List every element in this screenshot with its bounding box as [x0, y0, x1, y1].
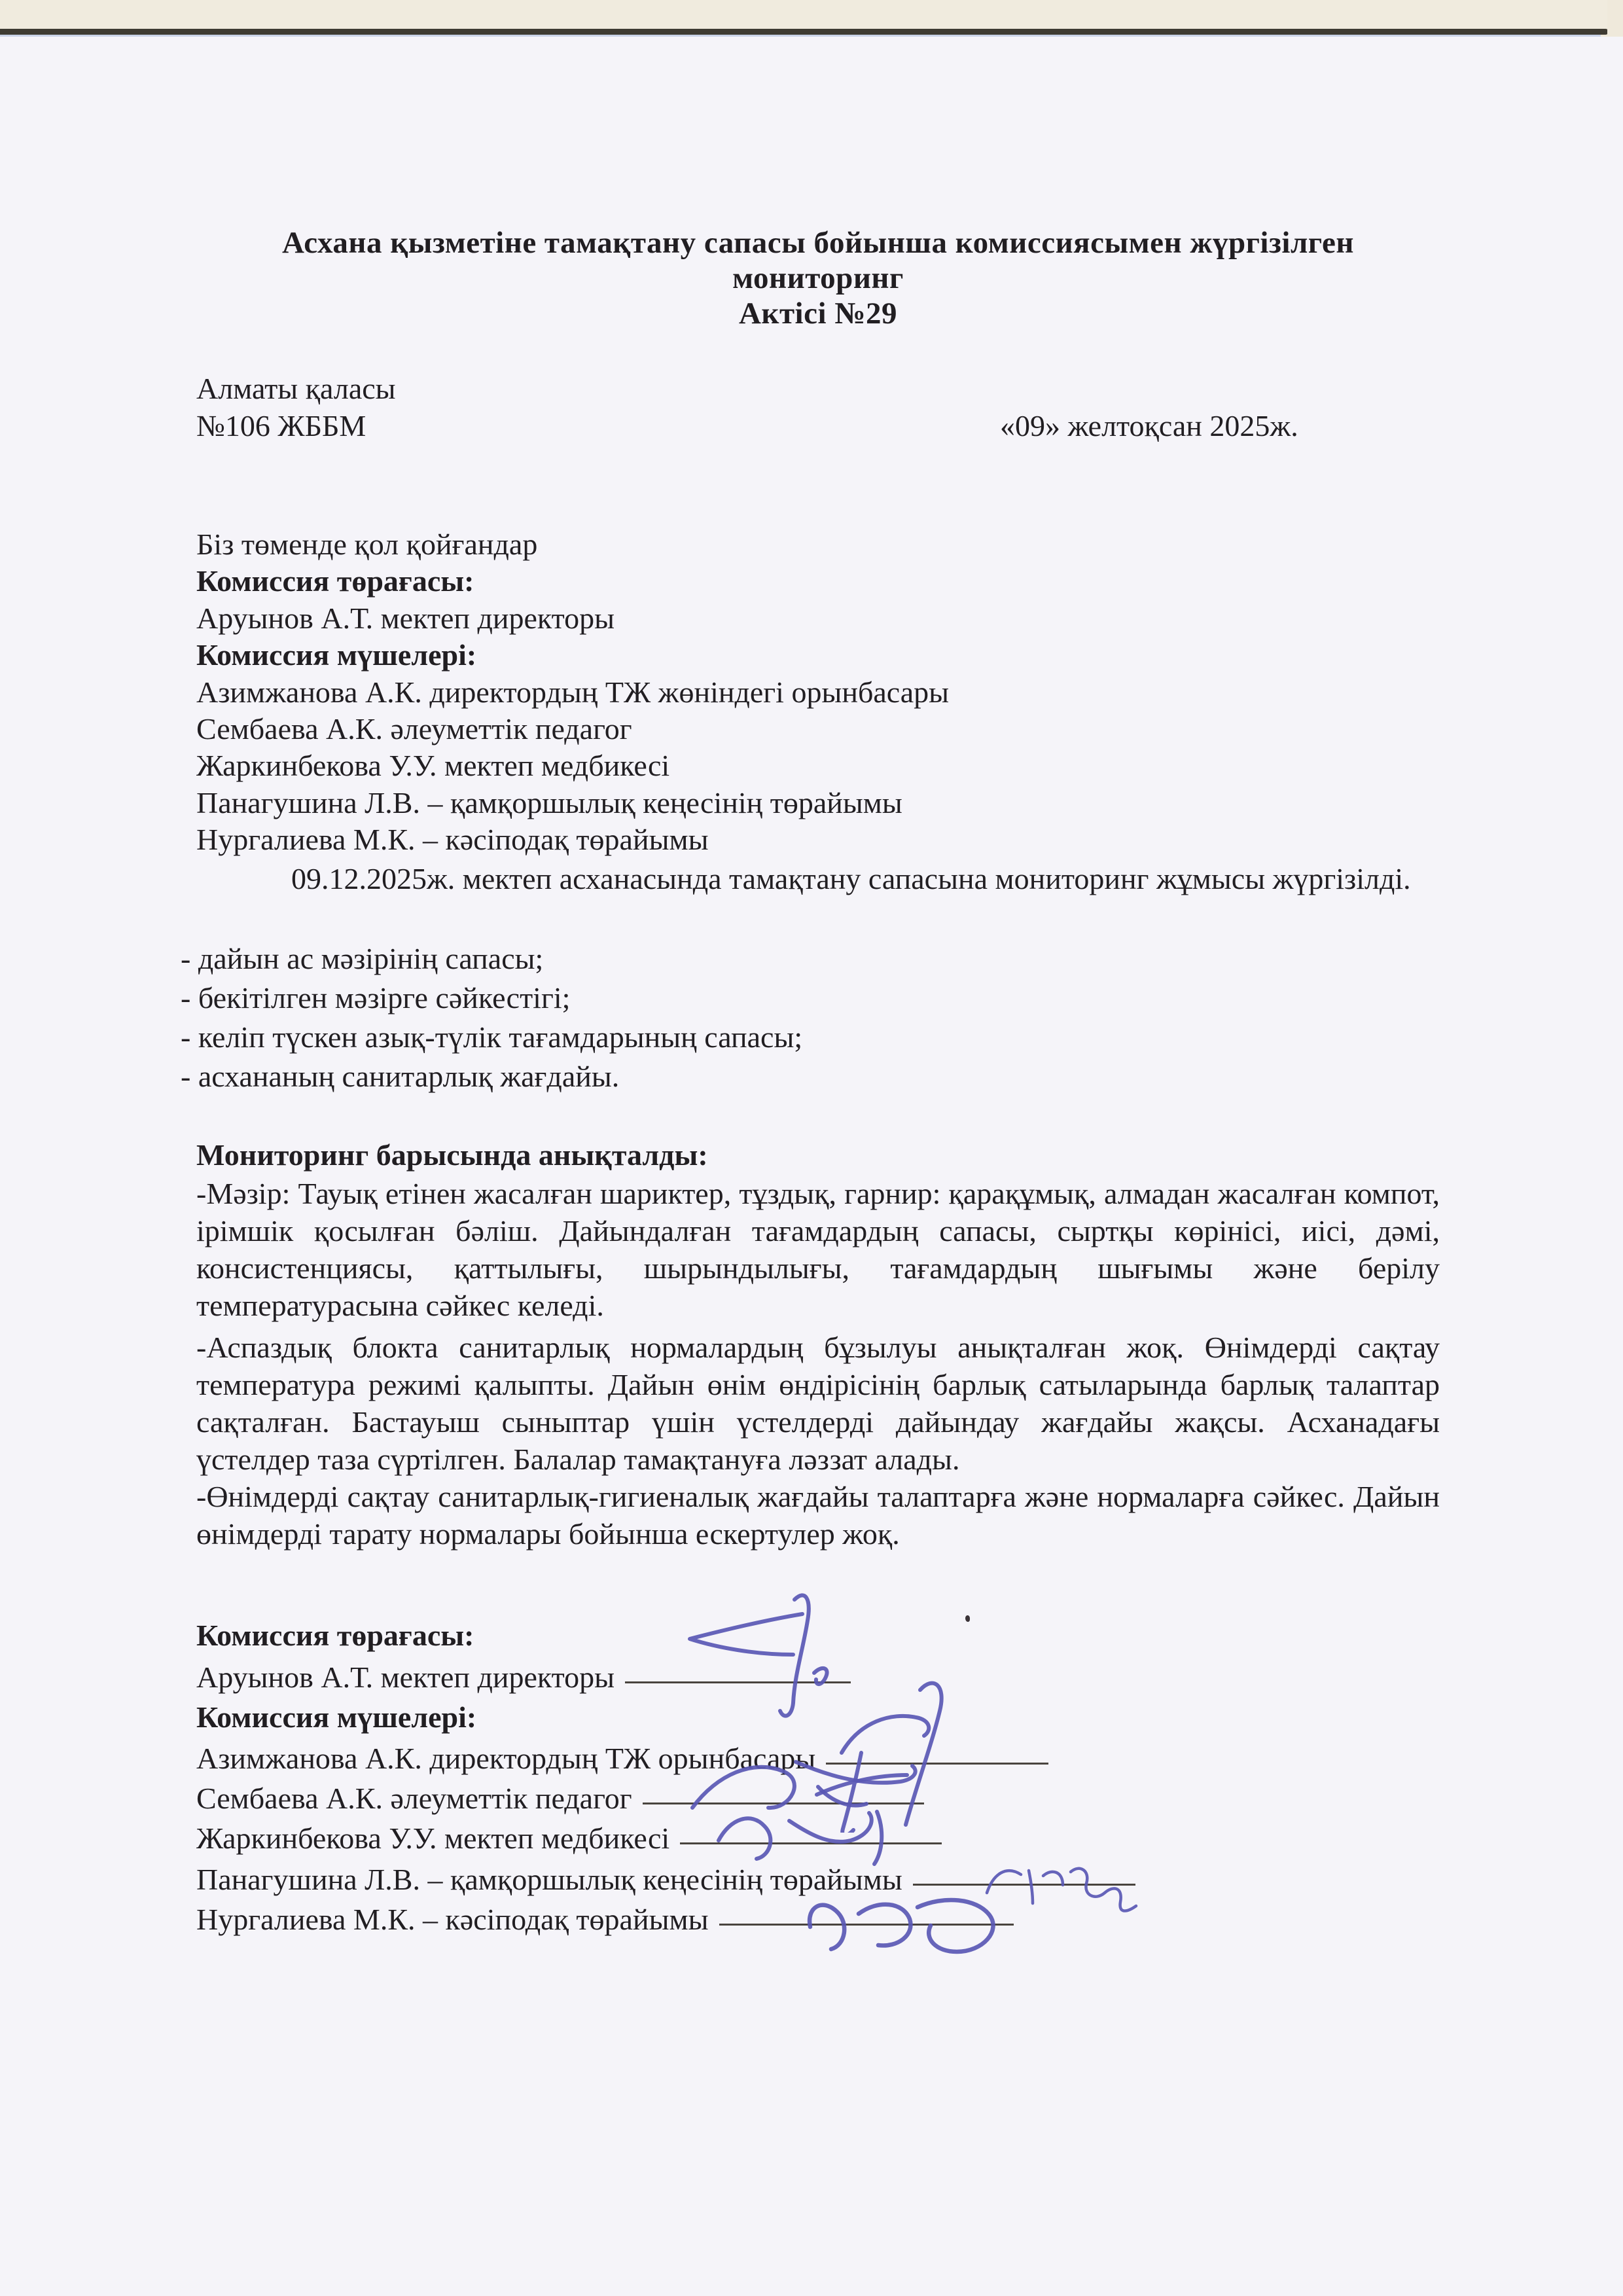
- chair-name: Аруынов А.Т. мектеп директоры: [196, 600, 1440, 637]
- signature-label: Аруынов А.Т. мектеп директоры: [196, 1660, 615, 1694]
- member-line: Сембаева А.К. әлеуметтік педагог: [196, 710, 1440, 747]
- checklist-item: - келіп түскен азық-түлік тағамдарының с…: [181, 1018, 1424, 1057]
- stray-ink-dot: [965, 1615, 970, 1622]
- chair-heading: Комиссия төрағасы:: [196, 562, 1440, 600]
- signature-ink-nurgalieva: [785, 1885, 1047, 1977]
- school-date-row: №106 ЖББМ «09» желтоқсан 2025ж.: [196, 407, 1440, 444]
- finding-paragraph: -Аспаздық блокта санитарлық нормалардың …: [196, 1329, 1440, 1478]
- checklist-item: - асхананың санитарлық жағдайы.: [181, 1057, 1424, 1096]
- page-top-edge-shadow: [0, 29, 1609, 35]
- school-name: №106 ЖББМ: [196, 409, 366, 442]
- signature-label: Нургалиева М.К. – кәсіподақ төрайымы: [196, 1903, 709, 1936]
- member-line: Панагушина Л.В. – қамқоршылық кеңесінің …: [196, 784, 1440, 821]
- document-date: «09» желтоқсан 2025ж.: [1000, 407, 1298, 444]
- checklist-item: - дайын ас мәзірінің сапасы;: [181, 939, 1424, 978]
- title-line-2: мониторинг: [196, 260, 1440, 296]
- monitoring-note: 09.12.2025ж. мектеп асханасында тамақтан…: [196, 860, 1440, 897]
- document-content: Асхана қызметіне тамақтану сапасы бойынш…: [196, 37, 1440, 2296]
- member-line: Азимжанова А.К. директордың ТЖ жөніндегі…: [196, 673, 1440, 711]
- checklist-item: - бекітілген мәзірге сәйкестігі;: [181, 978, 1424, 1018]
- scanner-background-top: [0, 0, 1623, 29]
- signature-label: Жаркинбекова У.У. мектеп медбикесі: [196, 1821, 669, 1855]
- signature-label: Сембаева А.К. әлеуметтік педагог: [196, 1782, 632, 1815]
- city-line: Алматы қаласы: [196, 370, 1440, 407]
- checklist: - дайын ас мәзірінің сапасы; - бекітілге…: [181, 939, 1424, 1096]
- intro-line: Біз төменде қол қойғандар: [196, 526, 1440, 563]
- finding-paragraph: -Өнімдерді сақтау санитарлық-гигиеналық …: [196, 1478, 1440, 1552]
- document-page: Асхана қызметіне тамақтану сапасы бойынш…: [0, 37, 1623, 2296]
- member-line: Нургалиева М.К. – кәсіподақ төрайымы: [196, 821, 1440, 858]
- document-title: Асхана қызметіне тамақтану сапасы бойынш…: [196, 225, 1440, 331]
- scanned-document: Асхана қызметіне тамақтану сапасы бойынш…: [0, 0, 1623, 2296]
- title-line-3: Актісі №29: [196, 296, 1440, 331]
- title-line-1: Асхана қызметіне тамақтану сапасы бойынш…: [196, 225, 1440, 260]
- member-line: Жаркинбекова У.У. мектеп медбикесі: [196, 747, 1440, 784]
- findings-heading: Мониторинг барысында анықталды:: [196, 1136, 1440, 1174]
- signature-ink-zharkinbekova: [694, 1800, 929, 1872]
- members-heading: Комиссия мүшелері:: [196, 636, 1440, 673]
- finding-paragraph: -Мәзір: Тауық етінен жасалған шариктер, …: [196, 1175, 1440, 1324]
